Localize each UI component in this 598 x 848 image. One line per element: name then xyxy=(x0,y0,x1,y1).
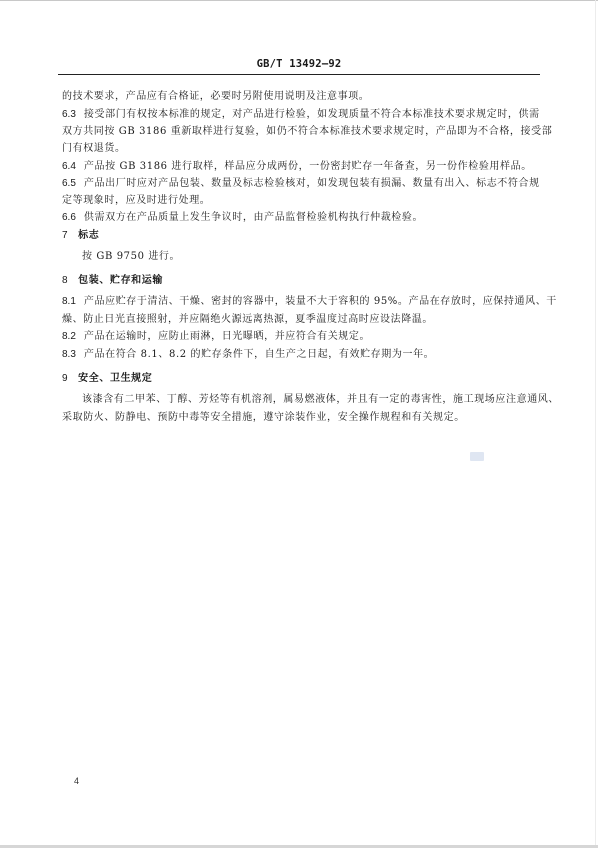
scan-mark-icon xyxy=(470,452,484,461)
page-number: 4 xyxy=(74,776,79,786)
clause-text: 产品在符合 8.1、8.2 的贮存条件下，自生产之日起，有效贮存期为一年。 xyxy=(84,349,434,360)
clause-8-1-line-2: 燥、防止日光直接照射，并应隔绝火源远离热源，夏季温度过高时应设法降温。 xyxy=(62,314,433,326)
section-9-heading: 9安全、卫生规定 xyxy=(62,373,152,385)
section-8-heading: 8包装、贮存和运输 xyxy=(62,275,163,287)
clause-6-4: 6.4产品按 GB 3186 进行取样，样品应分成两份，一份密封贮存一年备查，另… xyxy=(62,161,532,173)
clause-number: 8.3 xyxy=(62,349,76,360)
section-number: 9 xyxy=(62,373,68,384)
standard-code-header: GB/T 13492—92 xyxy=(0,58,598,70)
clause-6-6: 6.6供需双方在产品质量上发生争议时，由产品监督检验机构执行仲裁检验。 xyxy=(62,212,423,224)
clause-text: 供需双方在产品质量上发生争议时，由产品监督检验机构执行仲裁检验。 xyxy=(84,212,423,223)
section-title: 包装、贮存和运输 xyxy=(78,275,163,286)
section-7-heading: 7标志 xyxy=(62,230,99,242)
clause-8-3: 8.3产品在符合 8.1、8.2 的贮存条件下，自生产之日起，有效贮存期为一年。 xyxy=(62,349,434,361)
clause-6-3-line-2: 双方共同按 GB 3186 重新取样进行复验，如仍不符合本标准技术要求规定时，产… xyxy=(62,126,552,138)
section-9-line-1: 该漆含有二甲苯、丁醇、芳烃等有机溶剂，属易燃液体，并且有一定的毒害性，施工现场应… xyxy=(82,394,559,406)
clause-6-3-line-1: 6.3接受部门有权按本标准的规定，对产品进行检验，如发现质量不符合本标准技术要求… xyxy=(62,109,540,121)
clause-number: 8.1 xyxy=(62,296,76,307)
header-rule xyxy=(58,74,540,75)
clause-number: 6.5 xyxy=(62,178,76,189)
clause-6-3-line-3: 门有权退货。 xyxy=(62,143,126,155)
clause-6-5-line-2: 定等现象时，应及时进行处理。 xyxy=(62,195,210,207)
clause-8-2: 8.2产品在运输时，应防止雨淋，日光曝晒，并应符合有关规定。 xyxy=(62,331,370,343)
page-top-edge xyxy=(0,0,598,1)
clause-text: 接受部门有权按本标准的规定，对产品进行检验，如发现质量不符合本标准技术要求规定时… xyxy=(84,109,540,120)
page-right-edge xyxy=(595,0,596,848)
continuation-line: 的技术要求，产品应有合格证，必要时另附使用说明及注意事项。 xyxy=(62,91,369,103)
section-title: 安全、卫生规定 xyxy=(78,373,152,384)
clause-number: 6.3 xyxy=(62,109,76,120)
section-title: 标志 xyxy=(78,230,99,241)
section-number: 7 xyxy=(62,230,68,241)
clause-text: 产品出厂时应对产品包装、数量及标志检验核对，如发现包装有损漏、数量有出入、标志不… xyxy=(84,178,540,189)
clause-text: 产品在运输时，应防止雨淋，日光曝晒，并应符合有关规定。 xyxy=(84,331,370,342)
clause-number: 6.6 xyxy=(62,212,76,223)
clause-text: 产品应贮存于清洁、干燥、密封的容器中，装量不大于容积的 95%。产品在存放时，应… xyxy=(84,296,557,307)
clause-number: 8.2 xyxy=(62,331,76,342)
clause-6-5-line-1: 6.5产品出厂时应对产品包装、数量及标志检验核对，如发现包装有损漏、数量有出入、… xyxy=(62,178,540,190)
clause-number: 6.4 xyxy=(62,161,76,172)
clause-8-1-line-1: 8.1产品应贮存于清洁、干燥、密封的容器中，装量不大于容积的 95%。产品在存放… xyxy=(62,296,557,308)
section-7-text: 按 GB 9750 进行。 xyxy=(82,251,180,263)
clause-text: 产品按 GB 3186 进行取样，样品应分成两份，一份密封贮存一年备查，另一份作… xyxy=(84,161,532,172)
section-9-line-2: 采取防火、防静电、预防中毒等安全措施，遵守涂装作业，安全操作规程和有关规定。 xyxy=(62,412,465,424)
section-number: 8 xyxy=(62,275,68,286)
